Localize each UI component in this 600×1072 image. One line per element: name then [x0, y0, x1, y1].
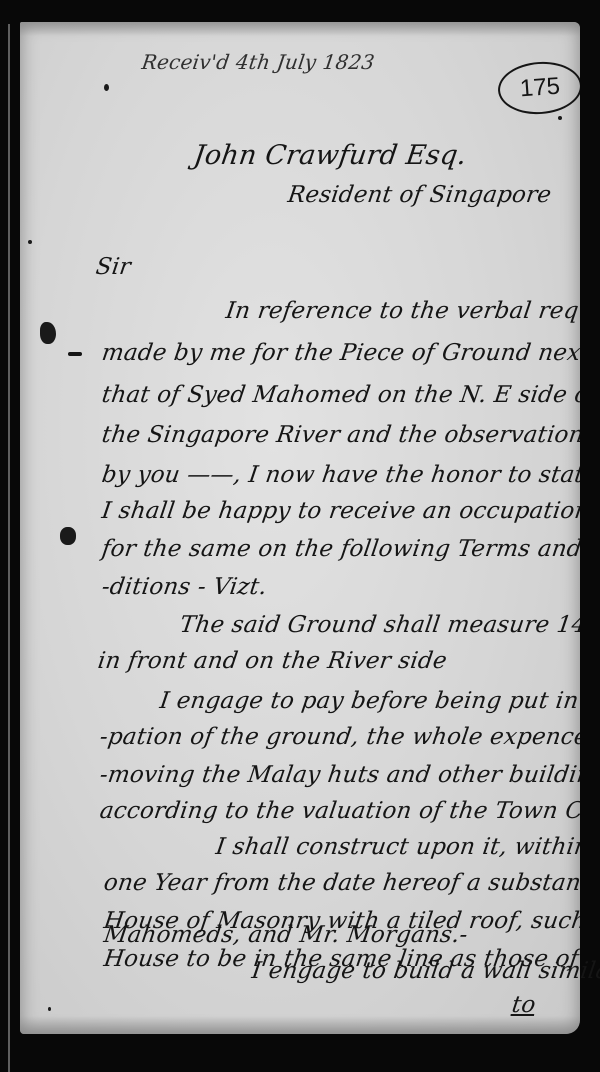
folio-number-text: 175	[519, 73, 561, 104]
body-line: -ditions - Vizt.	[100, 574, 268, 600]
ink-speck	[28, 240, 32, 244]
body-line: by you ——, I now have the honor to state…	[100, 462, 580, 488]
body-line: -moving the Malay huts and other buildin…	[98, 762, 580, 788]
catchword: to	[510, 992, 537, 1018]
body-line: the Singapore River and the observations…	[100, 422, 580, 448]
ink-blot	[40, 322, 56, 344]
body-line: I engage to build a wall similar	[250, 958, 600, 984]
ink-speck	[48, 1007, 51, 1011]
binding-edge	[8, 24, 10, 1072]
body-line: Mahomeds, and Mr. Morgans.-	[102, 922, 469, 948]
body-line: made by me for the Piece of Ground next …	[100, 340, 580, 366]
manuscript-page: Receiv'd 4th July 1823 175 John Crawfurd…	[20, 22, 580, 1034]
body-line: I engage to pay before being put in Occu…	[158, 688, 580, 714]
ink-speck	[104, 84, 109, 91]
body-line: that of Syed Mahomed on the N. E side of	[100, 382, 580, 408]
body-line: according to the valuation of the Town C…	[98, 798, 580, 824]
body-line: one Year from the date hereof a substant…	[102, 870, 580, 896]
folio-number: 175	[496, 59, 580, 117]
body-line: in front and on the River side	[96, 648, 448, 674]
body-line: I shall be happy to receive an occupatio…	[100, 498, 580, 524]
body-line: The said Ground shall measure 140 feet	[178, 612, 580, 638]
scanned-page-viewer: Receiv'd 4th July 1823 175 John Crawfurd…	[0, 0, 600, 1072]
received-note: Receiv'd 4th July 1823	[140, 50, 376, 74]
body-line: I shall construct upon it, within	[214, 834, 580, 860]
ink-blot	[60, 527, 76, 545]
body-line: -pation of the ground, the whole expence…	[98, 724, 580, 750]
ink-speck	[558, 116, 562, 120]
addressee-title: Resident of Singapore	[286, 182, 553, 208]
salutation: Sir	[94, 254, 132, 280]
margin-dash-mark	[68, 352, 82, 356]
body-line: In reference to the verbal request	[224, 298, 580, 324]
addressee-name: John Crawfurd Esq.	[192, 140, 469, 171]
body-line: for the same on the following Terms and …	[100, 536, 580, 562]
